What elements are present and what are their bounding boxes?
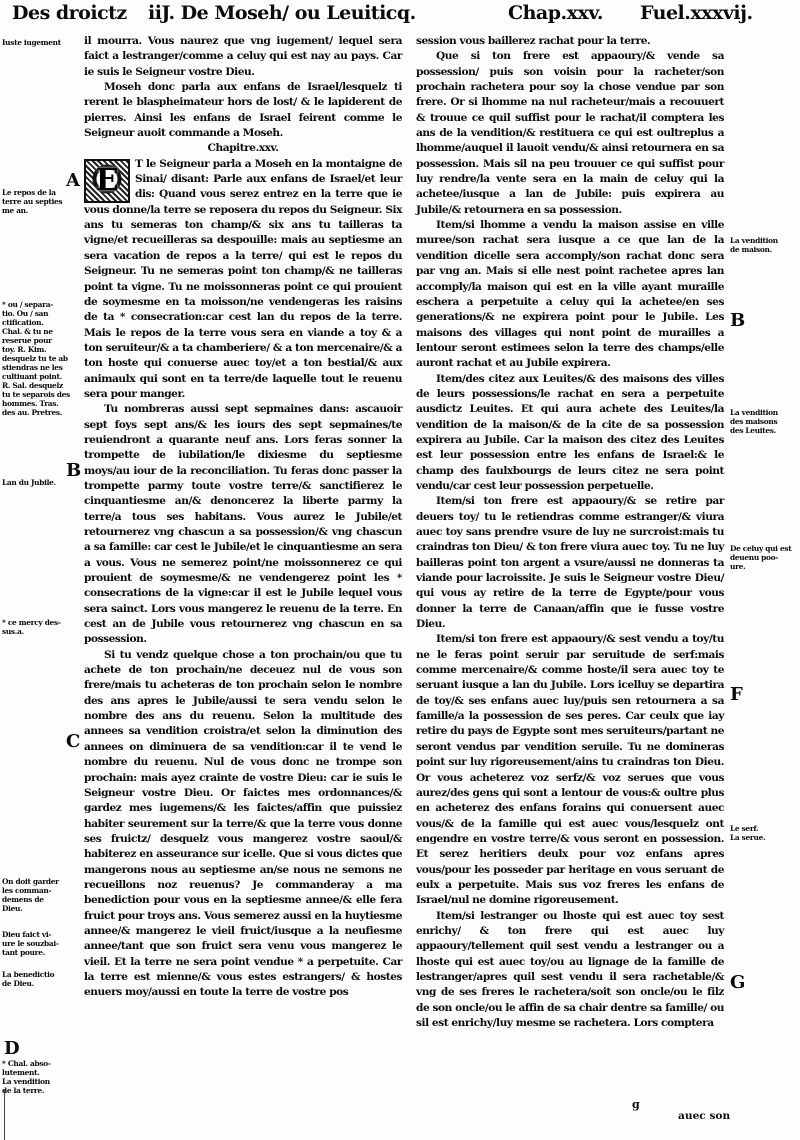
margin-note: La vendition des maisons des Leuites. <box>730 408 798 435</box>
section-marker: A <box>66 170 80 191</box>
section-marker: B <box>66 460 81 481</box>
section-marker: B <box>730 310 745 331</box>
scanned-book-page: Des droictz iiJ. De Moseh/ ou Leuiticq. … <box>0 0 800 1140</box>
chapter-opening: E T le Seigneur parla a Moseh en la mont… <box>84 157 402 403</box>
paragraph: Item/si ton frere est appaoury/& se reti… <box>416 494 724 632</box>
paragraph: Que si ton frere est appaoury/& vende sa… <box>416 49 724 218</box>
signature-mark: g <box>632 1098 640 1111</box>
running-head: Des droictz iiJ. De Moseh/ ou Leuiticq. … <box>0 2 800 28</box>
paragraph: Item/si ton frere est appaoury/& sest ve… <box>416 632 724 908</box>
margin-note: Le serf. La serue. <box>730 824 798 842</box>
running-head-folio: Fuel.xxxvij. <box>640 2 753 24</box>
decorated-initial-icon: E <box>84 159 130 203</box>
page-edge-mark <box>4 1090 7 1140</box>
margin-note: * Chal. abso- lutement. La vendition de … <box>2 1059 80 1095</box>
margin-note: La benedictio de Dieu. <box>2 970 80 988</box>
section-marker: D <box>4 1038 20 1059</box>
paragraph: Item/si lestranger ou lhoste qui est aue… <box>416 909 724 1032</box>
section-marker: F <box>730 684 743 705</box>
paragraph: T le Seigneur parla a Moseh en la montai… <box>84 157 402 403</box>
right-text-column: session vous baillerez rachat pour la te… <box>416 34 724 1031</box>
paragraph: Item/des citez aux Leuites/& des maisons… <box>416 372 724 495</box>
margin-note: De celuy qui est deuenu poo- ure. <box>730 544 798 571</box>
paragraph: il mourra. Vous naurez que vng iugement/… <box>84 34 402 80</box>
margin-note: On doit garder les comman- demens de Die… <box>2 877 80 913</box>
margin-note: * ou / separa- tio. Ou / san ctification… <box>2 300 80 417</box>
decorated-initial-letter: E <box>86 161 128 201</box>
chapter-heading: Chapitre.xxv. <box>84 141 402 156</box>
margin-note: Dieu faict vi- ure le souzbai- tant pour… <box>2 930 80 957</box>
running-head-book-title: iiJ. De Moseh/ ou Leuiticq. <box>148 2 416 24</box>
margin-note: Le repos de la terre au septies me an. <box>2 188 80 215</box>
paragraph: session vous baillerez rachat pour la te… <box>416 34 724 49</box>
running-head-left: Des droictz <box>12 2 127 24</box>
margin-note: La vendition de maison. <box>730 236 798 254</box>
paragraph: Moseh donc parla aux enfans de Israel/le… <box>84 80 402 141</box>
left-text-column: il mourra. Vous naurez que vng iugement/… <box>84 34 402 1001</box>
section-marker: C <box>66 731 80 752</box>
section-marker: G <box>730 972 745 993</box>
paragraph: Si tu vendz quelque chose a ton prochain… <box>84 648 402 1001</box>
margin-note: Iuste iugement <box>2 38 80 47</box>
paragraph: Item/si lhomme a vendu la maison assise … <box>416 218 724 371</box>
running-head-chapter: Chap.xxv. <box>508 2 603 24</box>
margin-note: * ce mercy des- sus.a. <box>2 618 80 636</box>
paragraph: Tu nombreras aussi sept sepmaines dans: … <box>84 402 402 648</box>
catchword: auec son <box>678 1110 730 1122</box>
